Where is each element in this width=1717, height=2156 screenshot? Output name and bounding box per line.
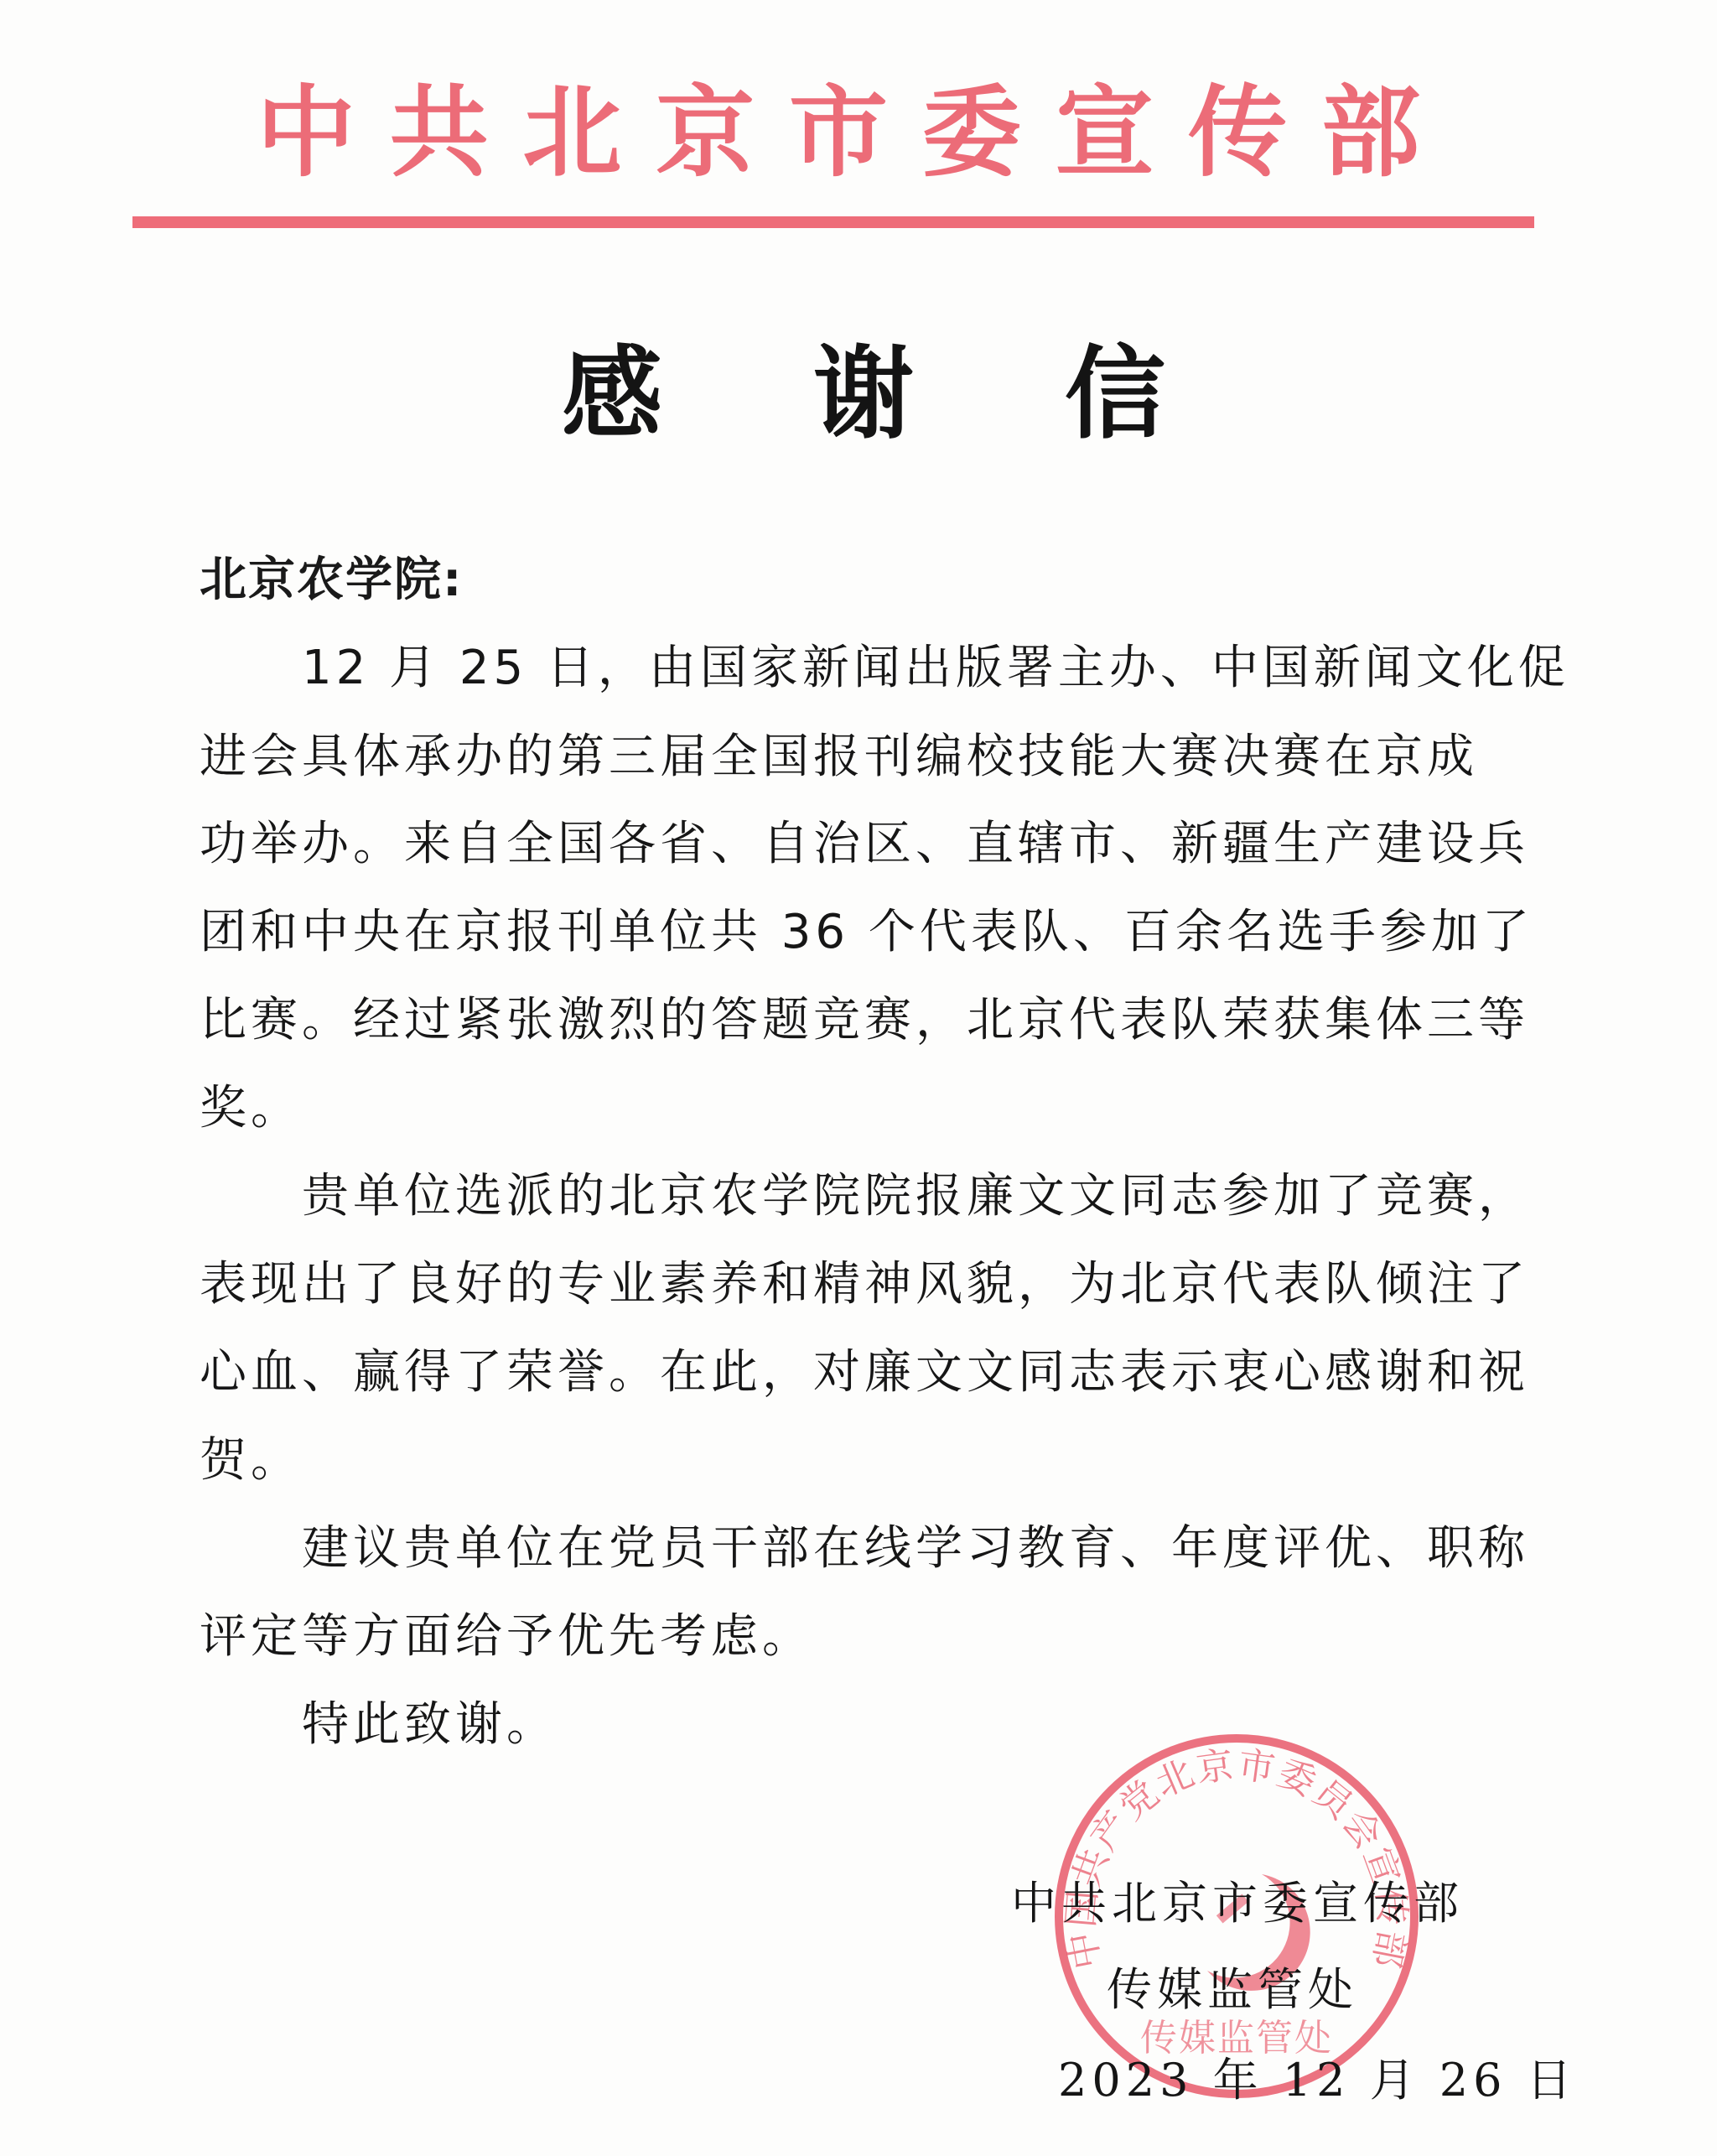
letterhead-char: 京 xyxy=(642,74,768,191)
title-char: 信 xyxy=(1065,335,1165,453)
body-line: 心血、赢得了荣誉。在此，对廉文文同志表示衷心感谢和祝 xyxy=(200,1343,1507,1402)
signature-date: 2023 年 12 月 26 日 xyxy=(1058,2053,1577,2108)
body-line: 表现出了良好的专业素养和精神风貌，为北京代表队倾注了 xyxy=(200,1255,1507,1314)
body-line: 建议贵单位在党员干部在线学习教育、年度评优、职称 xyxy=(302,1520,1610,1578)
letterhead-char: 宣 xyxy=(1042,74,1168,191)
letterhead-title: 中 共 北 京 市 委 宣 传 部 xyxy=(243,74,1434,191)
letterhead-char: 北 xyxy=(510,74,635,191)
body-line: 贵单位选派的北京农学院院报廉文文同志参加了竞赛， xyxy=(302,1167,1610,1226)
seal-ring-text: 中国共产党北京市委员会宣传部 xyxy=(1060,1743,1414,1972)
salutation: 北京农学院: xyxy=(200,551,463,610)
letterhead-char: 市 xyxy=(776,74,901,191)
letterhead-char: 部 xyxy=(1308,74,1434,191)
svg-text:中国共产党北京市委员会宣传部: 中国共产党北京市委员会宣传部 xyxy=(1060,1743,1414,1972)
title-char: 感 xyxy=(562,335,662,453)
body-line: 评定等方面给予优先考虑。 xyxy=(200,1608,1507,1666)
signature-department: 传媒监管处 xyxy=(1107,1962,1358,2018)
body-line: 贺。 xyxy=(200,1431,1507,1490)
body-line: 比赛。经过紧张激烈的答题竞赛，北京代表队荣获集体三等 xyxy=(200,991,1507,1050)
title-char: 谢 xyxy=(813,335,914,453)
letterhead-char: 委 xyxy=(909,74,1035,191)
body-line: 功举办。来自全国各省、自治区、直辖市、新疆生产建设兵 xyxy=(200,815,1507,874)
signature-organization: 中共北京市委宣传部 xyxy=(1011,1876,1464,1931)
body-line: 进会具体承办的第三届全国报刊编校技能大赛决赛在京成 xyxy=(200,728,1507,787)
letter-title: 感 谢 信 xyxy=(562,335,1165,453)
letterhead-char: 中 xyxy=(243,74,369,191)
letterhead-divider xyxy=(132,216,1534,228)
body-line: 团和中央在京报刊单位共 36 个代表队、百余名选手参加了 xyxy=(200,903,1507,962)
letterhead-char: 传 xyxy=(1175,74,1300,191)
letterhead-char: 共 xyxy=(376,74,502,191)
body-line: 12 月 25 日，由国家新闻出版署主办、中国新闻文化促 xyxy=(302,639,1610,698)
body-line: 奖。 xyxy=(200,1079,1507,1138)
